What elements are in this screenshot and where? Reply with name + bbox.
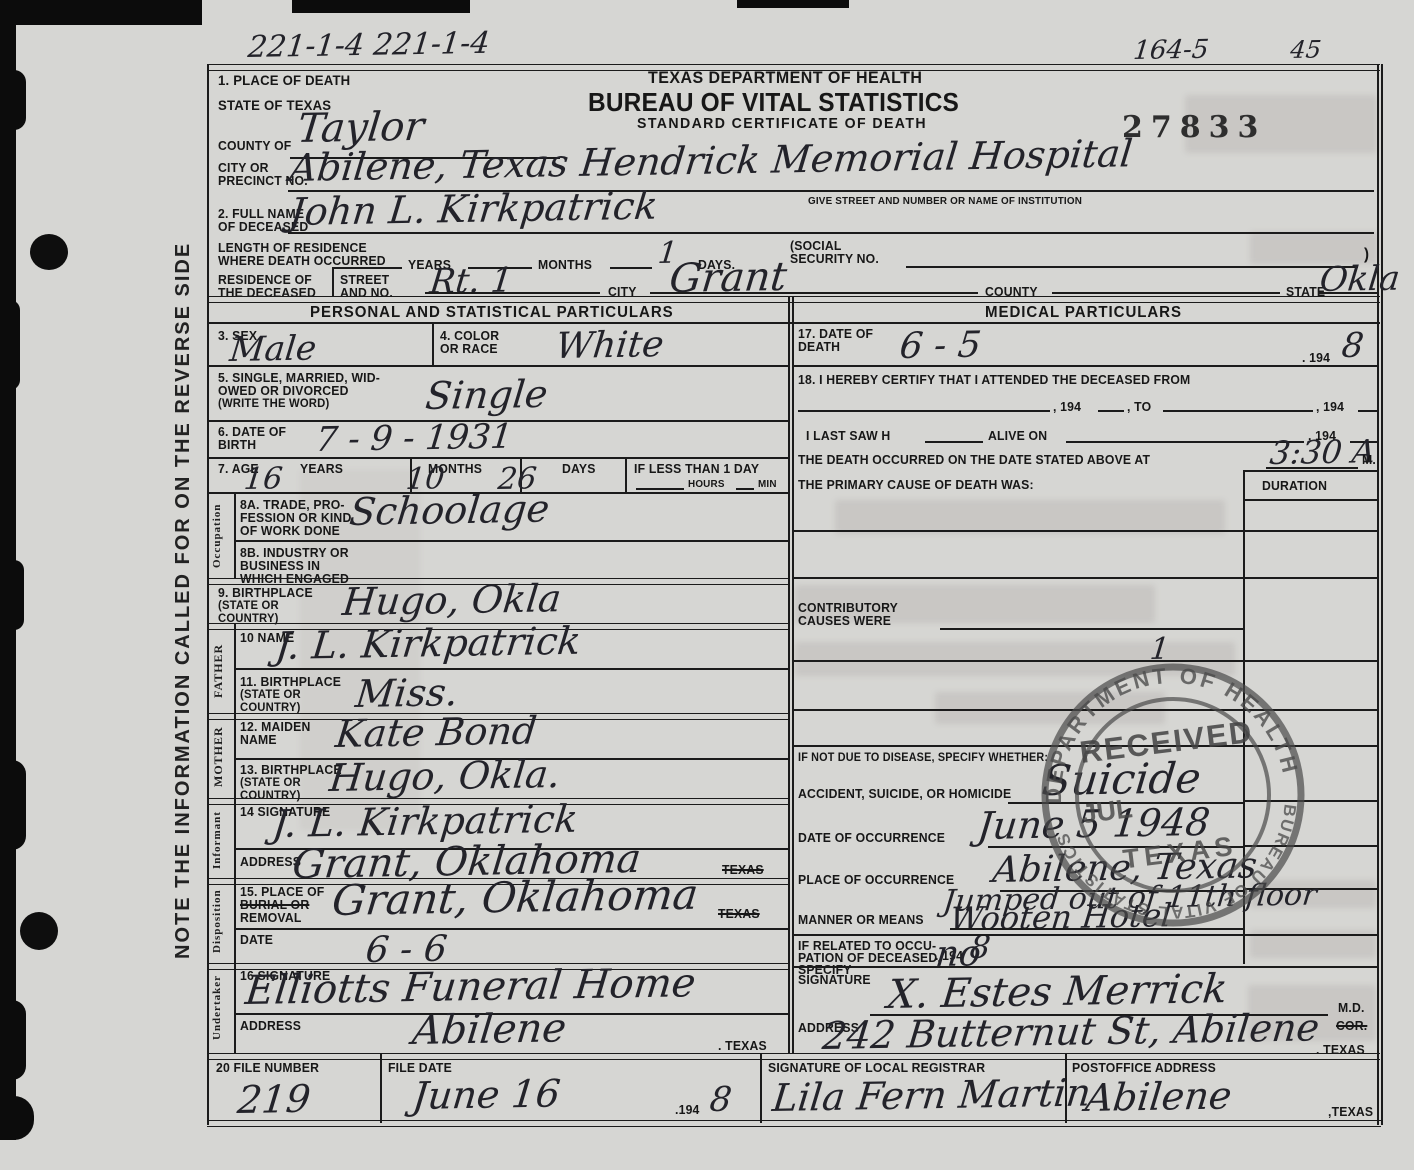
undertaker-side-label: Undertaker: [211, 966, 233, 1050]
county-label: COUNTY OF: [218, 138, 291, 153]
race-value: White: [554, 324, 666, 367]
scan-edge: [8, 70, 26, 130]
certify-194a: , 194: [1053, 399, 1081, 414]
institution-note: GIVE STREET AND NUMBER OR NAME OF INSTIT…: [808, 195, 1082, 207]
ifnot-label: IF NOT DUE TO DISEASE, SPECIFY WHETHER:: [798, 752, 1048, 766]
mother-bp-value: Hugo, Okla.: [327, 752, 562, 800]
related-value: no: [934, 933, 983, 975]
lastsaw-aliveon: ALIVE ON: [988, 428, 1047, 443]
scan-edge: [737, 0, 849, 8]
contributory-label2: CAUSES WERE: [798, 613, 891, 628]
handwritten-code: 45: [1289, 35, 1323, 64]
rule: [332, 268, 334, 296]
rule: [234, 668, 788, 670]
field-1-label: 1. PLACE OF DEATH: [218, 72, 350, 89]
rule: [793, 530, 1378, 532]
stamp-received: RECEIVED: [1078, 714, 1255, 770]
received-stamp: DEPARTMENT OF HEALTH BUREAU OF VITAL STA…: [1011, 633, 1334, 956]
rule: [1052, 292, 1280, 294]
registrar-signature: Lila Fern Martin: [770, 1070, 1093, 1120]
postoffice-value: Abilene: [1083, 1073, 1233, 1120]
bleed-through: [835, 500, 1225, 534]
postoffice-state: ,TEXAS: [1328, 1104, 1373, 1119]
rule: [332, 267, 402, 269]
rule: [940, 628, 1243, 630]
scan-edge: [6, 760, 26, 850]
rule: [760, 1053, 762, 1123]
rule: [792, 296, 794, 1053]
handwritten-code: 221-1-4 221-1-4: [246, 26, 491, 65]
birthplace-value: Hugo, Okla: [340, 576, 563, 624]
file-number-label: 20 FILE NUMBER: [216, 1060, 319, 1075]
date15-label: DATE: [240, 932, 273, 947]
rule: [788, 296, 790, 1053]
occurred-m: M.: [1362, 452, 1376, 467]
hole-punch: [30, 234, 68, 270]
place15-value: Grant, Oklahoma: [330, 870, 701, 925]
rule: [1163, 410, 1313, 412]
rule: [207, 457, 788, 459]
rule: [1066, 441, 1304, 443]
rule: [234, 492, 236, 578]
dob-value: 7 - 9 - 1931: [314, 417, 515, 460]
age-less-label: IF LESS THAN 1 DAY: [634, 461, 759, 476]
file-date-year-hw: 8: [708, 1080, 734, 1120]
rule: [288, 232, 1374, 234]
rule: [1243, 499, 1377, 501]
handwritten-code: 164-5: [1132, 35, 1210, 66]
file-date-year-printed: .194: [675, 1102, 700, 1117]
rule: [1098, 410, 1124, 412]
rule: [1266, 467, 1358, 469]
addr16-label: ADDRESS: [240, 1018, 301, 1033]
md-label: M.D.: [1338, 1000, 1365, 1015]
scan-edge: [0, 1096, 34, 1140]
stamp-month: JUL: [1080, 793, 1134, 829]
dod-value: 6 - 5: [898, 325, 983, 367]
dod-year-hw: 8: [1340, 326, 1366, 366]
place15-label2: REMOVAL: [240, 910, 302, 925]
scan-edge: [4, 1000, 26, 1080]
addr16-state: . TEXAS: [718, 1038, 767, 1053]
age-hours-label: HOURS: [688, 478, 725, 490]
fullname-value: John L. Kirkpatrick: [287, 184, 660, 234]
rule: [798, 410, 1050, 412]
rule: [793, 577, 1378, 579]
marital-value: Single: [423, 372, 550, 418]
certify-194b: , 194: [1316, 399, 1344, 414]
ssn-label2: SECURITY NO.: [790, 251, 879, 266]
age-days-label: DAYS: [562, 461, 596, 476]
duration-label: DURATION: [1262, 478, 1327, 493]
trade-value: Schoolage: [347, 487, 551, 534]
rule: [207, 1120, 1381, 1127]
stamp-texas: TEXAS: [1121, 831, 1239, 875]
rule: [1358, 410, 1377, 412]
rule: [1381, 64, 1383, 1125]
mother-side-label: MOTHER: [211, 716, 233, 798]
months-label: MONTHS: [538, 257, 592, 272]
undertaker-address: Abilene: [410, 1005, 568, 1054]
rule: [425, 292, 600, 294]
rule: [636, 488, 684, 490]
margin-note: NOTE THE INFORMATION CALLED FOR ON THE R…: [172, 205, 202, 995]
death-certificate-scan: 221-1-4 221-1-4 164-5 45 NOTE THE INFORM…: [0, 0, 1414, 1170]
certify-label: 18. I HEREBY CERTIFY THAT I ATTENDED THE…: [798, 372, 1190, 387]
rule: [793, 365, 1378, 367]
trade-label3: OF WORK DONE: [240, 523, 340, 538]
place15-struck-texas: TEXAS: [718, 906, 760, 921]
placeocc-label: PLACE OF OCCURRENCE: [798, 872, 954, 887]
rule: [234, 623, 236, 1053]
bureau-title: BUREAU OF VITAL STATISTICS: [588, 87, 959, 118]
physician-sig-label: SIGNATURE: [798, 972, 871, 987]
informant-side-label: Informant: [211, 802, 233, 878]
personal-section-header: PERSONAL AND STATISTICAL PARTICULARS: [310, 304, 674, 323]
certificate-title: STANDARD CERTIFICATE OF DEATH: [637, 115, 927, 133]
lastsaw-label: I LAST SAW H: [806, 428, 890, 443]
scan-edge: [6, 300, 20, 390]
father-name-value: J. L. Kirkpatrick: [273, 619, 583, 668]
addr14-struck-texas: TEXAS: [722, 862, 764, 877]
rule: [925, 441, 983, 443]
physician-address: 242 Butternut St, Abilene: [820, 1005, 1321, 1058]
scan-edge: [292, 0, 470, 13]
hole-punch: [20, 912, 58, 950]
race-label2: OR RACE: [440, 341, 498, 356]
scan-edge: [0, 0, 202, 25]
certify-to: , TO: [1127, 399, 1151, 414]
sex-value: Male: [228, 328, 318, 369]
undertaker-signature: Elliotts Funeral Home: [243, 960, 698, 1014]
occupation-side-label: Occupation: [211, 494, 233, 578]
rule: [610, 267, 652, 269]
father-side-label: FATHER: [211, 628, 233, 713]
state-value: Okla: [1318, 259, 1402, 300]
dob-label2: BIRTH: [218, 437, 256, 452]
disposition-side-label: Disposition: [211, 882, 233, 960]
rule: [432, 322, 434, 365]
rule: [650, 292, 978, 294]
rule: [380, 1053, 382, 1123]
ash-label: ACCIDENT, SUICIDE, OR HOMICIDE: [798, 786, 1011, 801]
file-date-value: June 16: [410, 1071, 562, 1118]
primary-cause-label: THE PRIMARY CAUSE OF DEATH WAS:: [798, 477, 1034, 492]
scan-edge: [8, 560, 24, 630]
medical-section-header: MEDICAL PARTICULARS: [985, 304, 1182, 323]
rule: [793, 966, 1378, 968]
maiden-value: Kate Bond: [333, 709, 539, 756]
father-bp-value: Miss.: [353, 670, 460, 716]
rule: [906, 266, 1358, 268]
rule: [625, 457, 627, 492]
rule: [234, 540, 788, 542]
dod-year-printed: . 194: [1302, 350, 1330, 365]
file-number-value: 219: [235, 1077, 312, 1122]
dateocc-label: DATE OF OCCURRENCE: [798, 830, 945, 845]
rule: [207, 1053, 1380, 1060]
rule: [1243, 470, 1377, 472]
age-years-label: YEARS: [300, 461, 343, 476]
occurred-label: THE DEATH OCCURRED ON THE DATE STATED AB…: [798, 452, 1150, 467]
maiden-label2: NAME: [240, 732, 277, 747]
rule: [207, 365, 788, 367]
rule: [736, 488, 754, 490]
rule: [1318, 292, 1378, 294]
rule: [234, 928, 788, 930]
dept-title: TEXAS DEPARTMENT OF HEALTH: [648, 68, 922, 88]
age-min-label: MIN: [758, 478, 777, 490]
postoffice-label: POSTOFFICE ADDRESS: [1072, 1060, 1216, 1075]
cor-label: COR.: [1336, 1018, 1367, 1033]
certificate-number: 27833: [1122, 110, 1266, 145]
manner-label: MANNER OR MEANS: [798, 912, 924, 927]
marital-label3: (WRITE THE WORD): [218, 396, 329, 410]
dod-label2: DEATH: [798, 339, 840, 354]
city2-value: Grant: [667, 254, 789, 302]
